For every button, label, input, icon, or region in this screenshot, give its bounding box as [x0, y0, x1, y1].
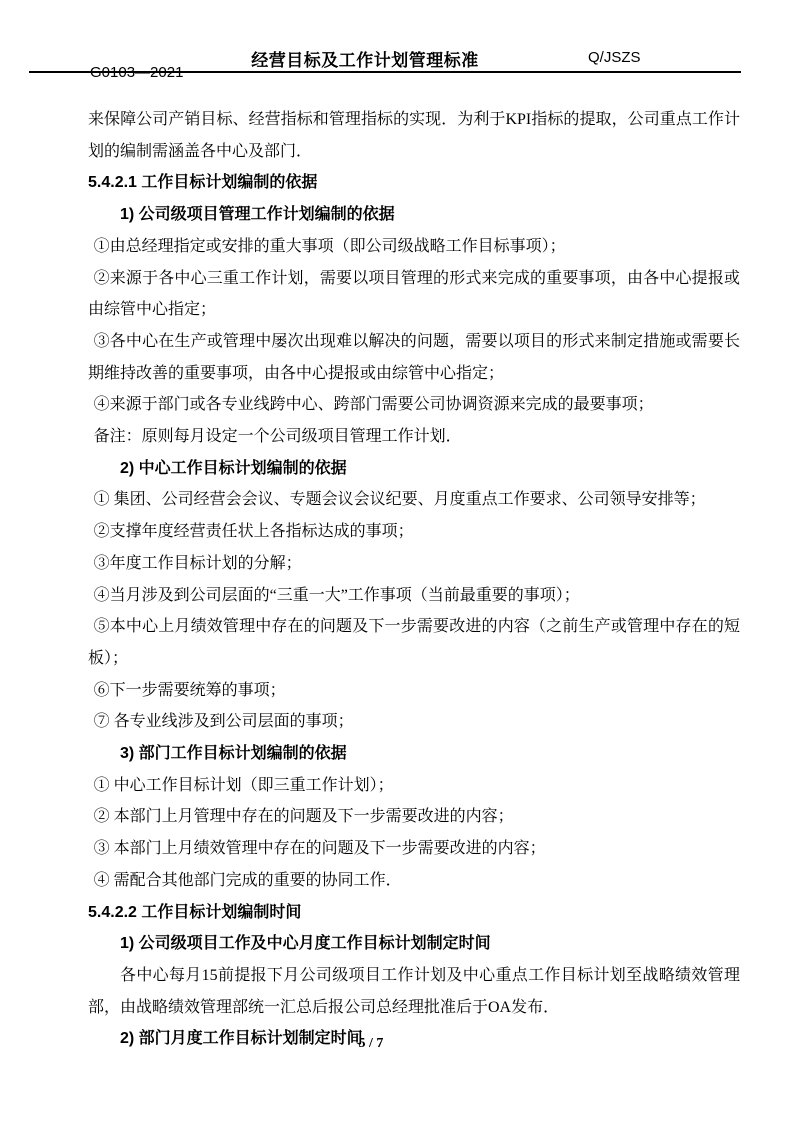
- list-item: ②来源于各中心三重工作计划，需要以项目管理的形式来完成的重要事项，由各中心提报或…: [88, 263, 740, 326]
- document-page: 经营目标及工作计划管理标准 Q/JSZS G0103—2021 来保障公司产销目…: [0, 0, 793, 1122]
- list-item: ①由总经理指定或安排的重大事项（即公司级战略工作目标事项）；: [88, 231, 740, 263]
- list-item: ⑤本中心上月绩效管理中存在的问题及下一步需要改进的内容（之前生产或管理中存在的短…: [88, 611, 740, 674]
- document-number: G0103—2021: [90, 64, 183, 81]
- list-item: ②支撑年度经营责任状上各指标达成的事项；: [88, 516, 740, 548]
- sub-heading: 3) 部门工作目标计划编制的依据: [88, 738, 740, 770]
- list-item: ③年度工作目标计划的分解；: [88, 548, 740, 580]
- list-item: ① 集团、公司经营会会议、专题会议会议纪要、月度重点工作要求、公司领导安排等；: [88, 484, 740, 516]
- list-item: ② 本部门上月管理中存在的问题及下一步需要改进的内容；: [88, 801, 740, 833]
- page-number: 5 / 7: [0, 1036, 742, 1052]
- list-item: ① 中心工作目标计划（即三重工作计划）；: [88, 770, 740, 802]
- list-item: ④当月涉及到公司层面的“三重一大”工作事项（当前最重要的事项）；: [88, 580, 740, 612]
- note-line: 备注：原则每月设定一个公司级项目管理工作计划．: [88, 421, 740, 453]
- section-heading: 5.4.2.1 工作目标计划编制的依据: [88, 167, 740, 199]
- sub-heading: 2) 中心工作目标计划编制的依据: [88, 453, 740, 485]
- list-item: ③ 本部门上月绩效管理中存在的问题及下一步需要改进的内容；: [88, 833, 740, 865]
- sub-heading: 1) 公司级项目管理工作计划编制的依据: [88, 199, 740, 231]
- list-item: ⑥下一步需要统筹的事项；: [88, 675, 740, 707]
- list-item: ④来源于部门或各专业线跨中心、跨部门需要公司协调资源来完成的最要事项；: [88, 389, 740, 421]
- list-item: ③各中心在生产或管理中屡次出现难以解决的问题，需要以项目的形式来制定措施或需要长…: [88, 326, 740, 389]
- list-item: ⑦ 各专业线涉及到公司层面的事项；: [88, 706, 740, 738]
- list-item: ④ 需配合其他部门完成的重要的协同工作．: [88, 865, 740, 897]
- document-body: 来保障公司产销目标、经营指标和管理指标的实现．为利于KPI指标的提取，公司重点工…: [88, 104, 740, 1055]
- section-heading: 5.4.2.2 工作目标计划编制时间: [88, 897, 740, 929]
- paragraph: 来保障公司产销目标、经营指标和管理指标的实现．为利于KPI指标的提取，公司重点工…: [88, 104, 740, 167]
- standard-code: Q/JSZS: [588, 49, 641, 66]
- paragraph: 各中心每月15前提报下月公司级项目工作计划及中心重点工作目标计划至战略绩效管理部…: [88, 960, 740, 1023]
- sub-heading: 1) 公司级项目工作及中心月度工作目标计划制定时间: [88, 928, 740, 960]
